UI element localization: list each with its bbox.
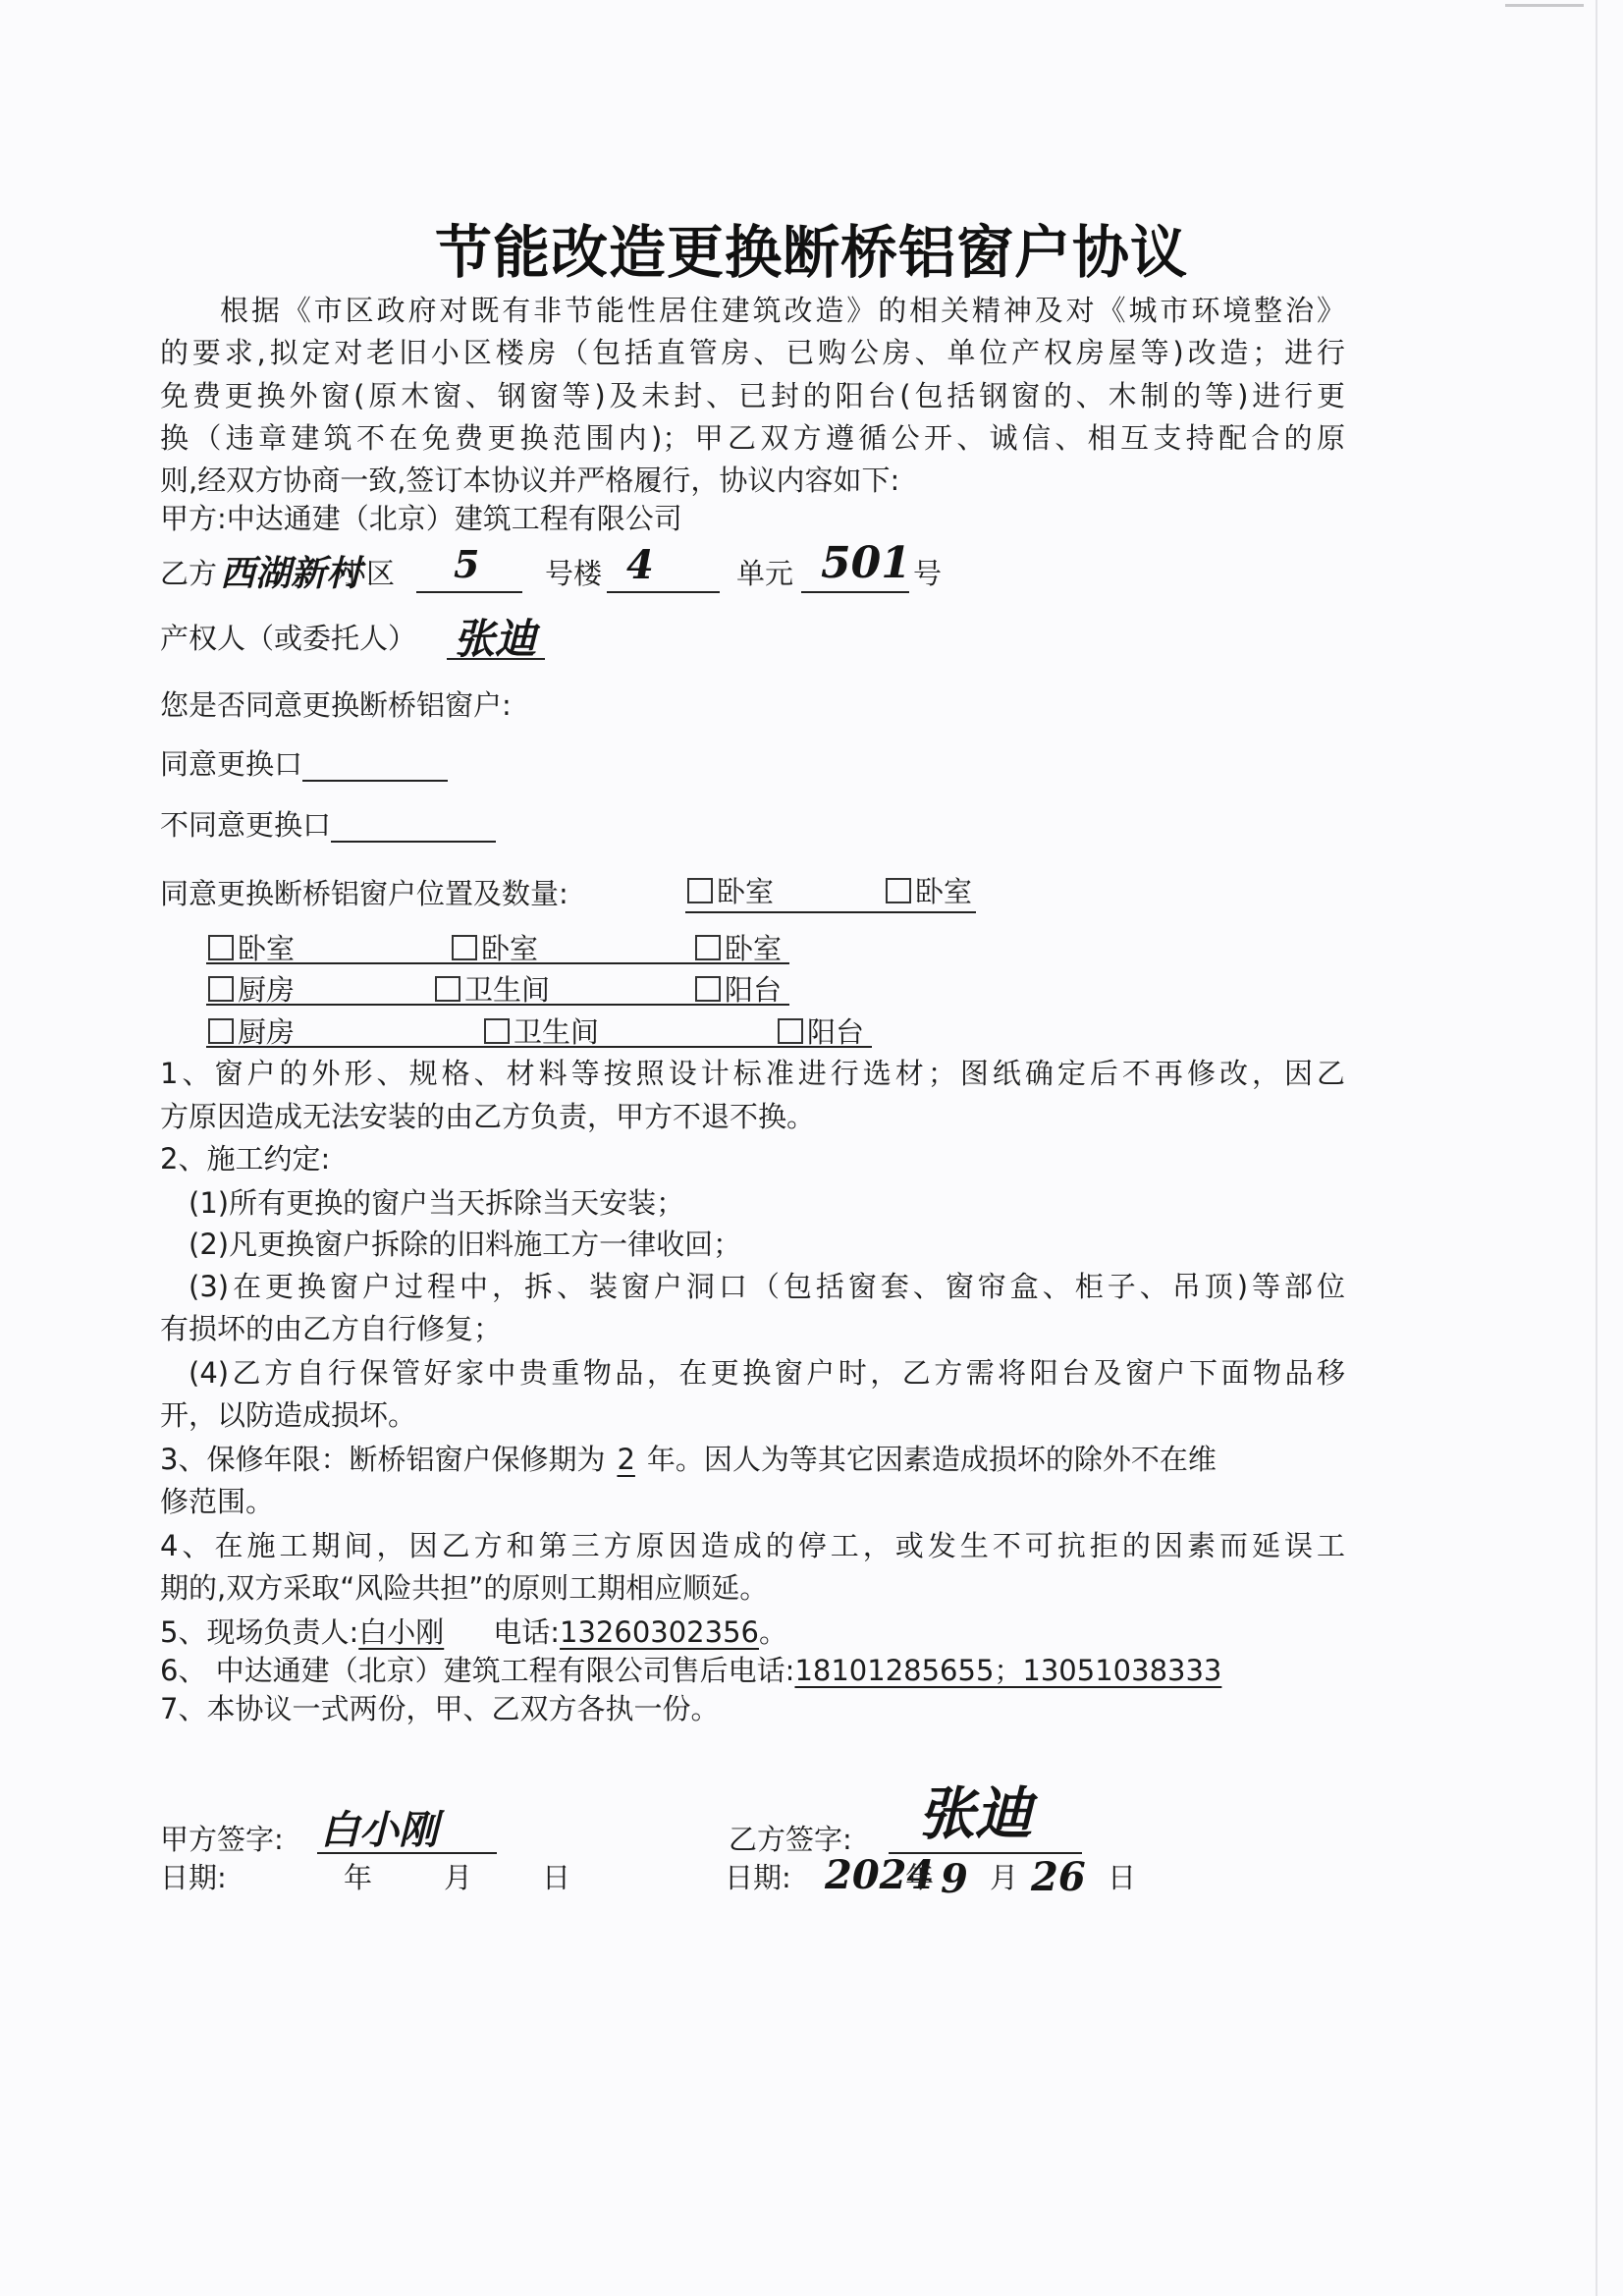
room-label: 卧室 [915,875,972,908]
room-label: 卫生间 [464,973,550,1007]
checkbox-icon[interactable] [687,878,713,903]
preamble-line-2: 的要求,拟定对老旧小区楼房（包括直管房、已购公房、单位产权房屋等)改造；进行 [160,335,1345,370]
after-sales-prefix: 6、 中达通建（北京）建筑工程有限公司售后电话: [160,1654,794,1687]
clause-2-item-3: (3)在更换窗户过程中，拆、装窗户洞口（包括窗套、窗帘盒、柜子、吊顶)等部位 [189,1269,1345,1304]
room-label: 厨房 [238,1015,295,1049]
room-checkbox-bedroom-1[interactable]: 卧室 [687,874,774,909]
checkbox-icon[interactable] [208,1018,234,1044]
rooms-row-0-underline [685,911,976,913]
checkbox-icon[interactable] [435,976,460,1002]
room-label: 阳台 [807,1015,864,1049]
site-manager-name: 白小刚 [358,1615,483,1649]
room-checkbox-balcony-1[interactable]: 阳台 [695,972,782,1008]
community-suffix: 小区 [338,556,395,591]
room-suffix: 号 [913,556,942,591]
building-blank-line [416,591,522,593]
site-manager-phone-label: 电话: [493,1615,560,1649]
clause-2-item-3-cont: 有损坏的由乙方自行修复； [160,1311,502,1346]
consent-agree-blank[interactable] [302,750,448,782]
page-edge-shadow [1596,0,1597,2296]
room-checkbox-bedroom-4[interactable]: 卧室 [452,931,538,966]
room-checkbox-bathroom-2[interactable]: 卫生间 [484,1014,599,1050]
room-label: 厨房 [238,973,295,1007]
warranty-clause: 3、保修年限：断桥铝窗户保修期为2年。因人为等其它因素造成损坏的除外不在维 [160,1442,1345,1477]
warranty-line-2: 修范围。 [160,1484,274,1519]
party-b-month-label: 月 [990,1860,1018,1895]
unit-suffix: 单元 [736,556,793,591]
building-suffix: 号楼 [545,556,602,591]
preamble-line-3: 免费更换外窗(原木窗、钢窗等)及未封、已封的阳台(包括钢窗的、木制的等)进行更 [160,378,1345,413]
room-checkbox-bedroom-5[interactable]: 卧室 [695,931,782,966]
owner-label: 产权人（或委托人） [160,621,416,656]
checkbox-icon[interactable] [452,935,477,960]
preamble-line-1: 根据《市区政府对既有非节能性居住建筑改造》的相关精神及对《城市环境整治》 [220,293,1345,328]
consent-question: 您是否同意更换断桥铝窗户: [160,687,512,723]
document-title: 节能改造更换断桥铝窗户协议 [0,206,1623,289]
preamble-line-4: 换（违章建筑不在免费更换范围内)；甲乙双方遵循公开、诚信、相互支持配合的原 [160,420,1345,456]
room-checkbox-bathroom-1[interactable]: 卫生间 [435,972,550,1008]
party-a-signature-handwritten[interactable]: 白小刚 [320,1799,438,1855]
consent-disagree-blank[interactable] [331,811,496,843]
party-b-date-label: 日期: [725,1860,791,1895]
party-b-year-label: 年 [905,1860,934,1895]
room-blank-line [801,591,909,593]
party-b-day-handwritten[interactable]: 26 [1031,1854,1086,1900]
owner-signature-handwritten[interactable]: 张迪 [454,607,536,666]
site-manager-phone: 13260302356 [560,1615,759,1649]
after-sales-clause: 6、 中达通建（北京）建筑工程有限公司售后电话:18101285655；1305… [160,1653,1265,1688]
checkbox-icon[interactable] [208,976,234,1002]
party-b-month-handwritten[interactable]: 9 [941,1856,968,1902]
checkbox-icon[interactable] [484,1018,510,1044]
room-checkbox-kitchen-2[interactable]: 厨房 [208,1014,295,1050]
preamble-line-5: 则,经双方协商一致,签订本协议并严格履行，协议内容如下: [160,463,899,498]
room-label: 卧室 [717,875,774,908]
site-manager-end: 。 [759,1615,787,1649]
room-checkbox-bedroom-2[interactable]: 卧室 [886,874,972,909]
clause-4-line-2: 期的,双方采取“风险共担”的原则工期相应顺延。 [160,1570,768,1606]
after-sales-phones: 18101285655；13051038333 [794,1654,1265,1687]
clause-2-item-4-cont: 开，以防造成损坏。 [160,1397,416,1433]
checkbox-icon[interactable] [778,1018,803,1044]
checkbox-icon[interactable] [695,976,721,1002]
checkbox-icon[interactable] [208,935,234,960]
copies-clause: 7、本协议一式两份，甲、乙双方各执一份。 [160,1691,719,1726]
checkbox-icon[interactable] [695,935,721,960]
warranty-prefix: 3、保修年限：断桥铝窗户保修期为 [160,1443,605,1476]
site-manager-clause: 5、现场负责人:白小刚电话:13260302356。 [160,1614,787,1650]
checkbox-icon[interactable] [886,878,911,903]
party-a-year-label: 年 [344,1860,372,1895]
room-label: 卧室 [481,932,538,965]
room-label: 卧室 [725,932,782,965]
building-number-handwritten[interactable]: 5 [454,542,479,586]
warranty-suffix: 年。因人为等其它因素造成损坏的除外不在维 [647,1443,1217,1476]
room-number-handwritten[interactable]: 501 [821,538,911,588]
room-label: 阳台 [725,973,782,1007]
party-b-signature-handwritten[interactable]: 张迪 [918,1768,1032,1850]
room-checkbox-kitchen-1[interactable]: 厨房 [208,972,295,1008]
party-a-day-label: 日 [542,1860,570,1895]
consent-agree-label: 同意更换口 [160,747,302,781]
party-a-month-label: 月 [444,1860,472,1895]
clause-2-item-1: (1)所有更换的窗户当天拆除当天安装； [189,1185,684,1221]
room-label: 卫生间 [514,1015,599,1049]
clause-2-item-4: (4)乙方自行保管好家中贵重物品，在更换窗户时，乙方需将阳台及窗户下面物品移 [189,1355,1345,1391]
clause-2-item-2: (2)凡更换窗户拆除的旧料施工方一律收回； [189,1227,741,1262]
unit-blank-line [607,591,720,593]
consent-disagree-label: 不同意更换口 [160,808,331,842]
party-a-signature-label: 甲方签字: [160,1822,284,1857]
clause-2-heading: 2、施工约定: [160,1141,330,1176]
party-a-name: 甲方:中达通建（北京）建筑工程有限公司 [160,501,682,536]
unit-number-handwritten[interactable]: 4 [626,542,654,588]
site-manager-prefix: 5、现场负责人: [160,1615,358,1649]
party-b-label: 乙方 [160,556,217,591]
party-a-date-label: 日期: [160,1860,227,1895]
clause-1-line-1: 1、窗户的外形、规格、材料等按照设计标准进行选材；图纸确定后不再修改，因乙 [160,1056,1345,1091]
room-checkbox-balcony-2[interactable]: 阳台 [778,1014,864,1050]
scan-artifact [1505,4,1584,7]
party-b-day-label: 日 [1108,1860,1136,1895]
clause-1-line-2: 方原因造成无法安装的由乙方负责，甲方不退不换。 [160,1099,815,1134]
room-label: 卧室 [238,932,295,965]
clause-4-line-1: 4、在施工期间，因乙方和第三方原因造成的停工，或发生不可抗拒的因素而延误工 [160,1528,1345,1563]
consent-disagree-option[interactable]: 不同意更换口 [160,807,496,843]
warranty-years: 2 [605,1443,646,1476]
window-location-label: 同意更换断桥铝窗户位置及数量: [160,876,568,911]
consent-agree-option[interactable]: 同意更换口 [160,746,448,782]
room-checkbox-bedroom-3[interactable]: 卧室 [208,931,295,966]
